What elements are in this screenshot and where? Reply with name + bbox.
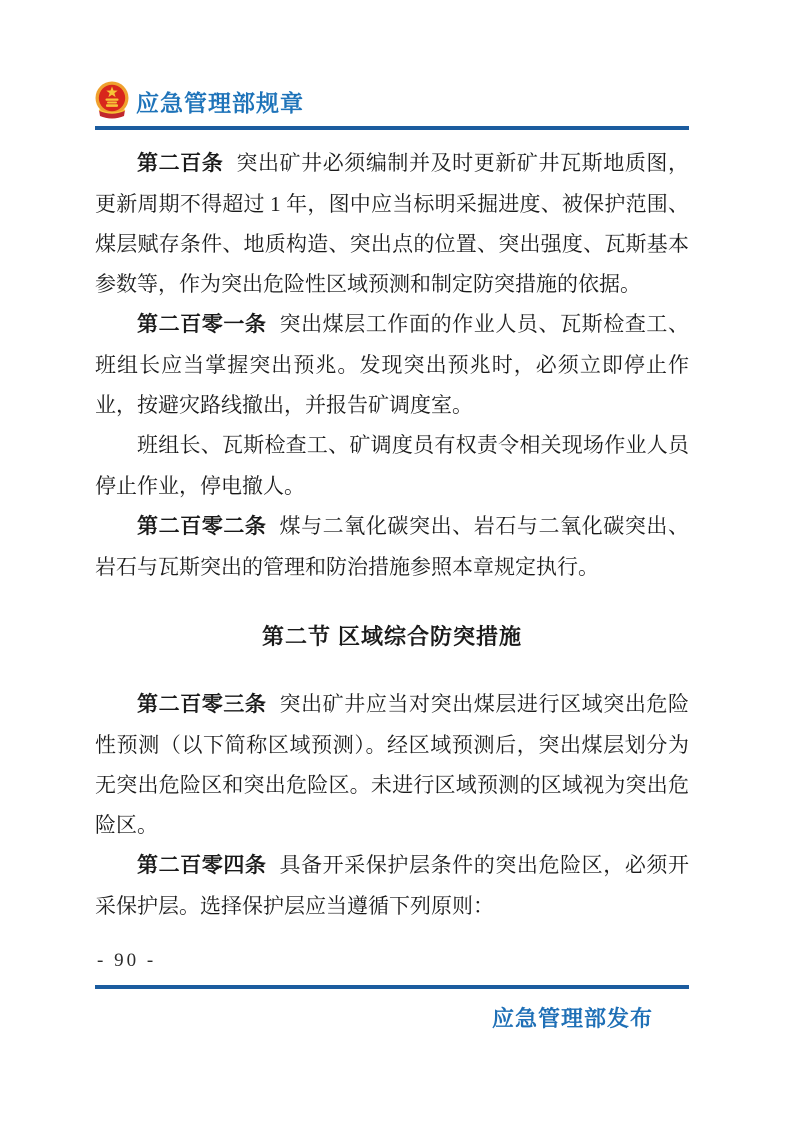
article-number: 第二百条	[137, 152, 223, 175]
article-paragraph: 第二百条突出矿井必须编制并及时更新矿井瓦斯地质图，更新周期不得超过 1 年，图中…	[95, 143, 689, 304]
document-category-title: 应急管理部规章	[136, 85, 304, 118]
page-number: - 90 -	[97, 950, 156, 972]
page-header: 应急管理部规章	[95, 79, 689, 123]
article-number: 第二百零一条	[137, 313, 267, 336]
article-paragraph: 第二百零二条煤与二氧化碳突出、岩石与二氧化碳突出、岩石与瓦斯突出的管理和防治措施…	[95, 506, 689, 587]
article-text: 班组长、瓦斯检查工、矿调度员有权责令相关现场作业人员停止作业，停电撤人。	[95, 433, 689, 498]
article-paragraph: 第二百零三条突出矿井应当对突出煤层进行区域突出危险性预测（以下简称区域预测）。经…	[95, 684, 689, 845]
footer-divider	[95, 985, 689, 989]
section-heading: 第二节 区域综合防突措施	[95, 617, 689, 657]
article-paragraph: 班组长、瓦斯检查工、矿调度员有权责令相关现场作业人员停止作业，停电撤人。	[95, 425, 689, 506]
header-divider	[95, 126, 689, 130]
document-page: 应急管理部规章 第二百条突出矿井必须编制并及时更新矿井瓦斯地质图，更新周期不得超…	[0, 0, 793, 1122]
article-number: 第二百零四条	[137, 854, 267, 877]
national-emblem-icon	[95, 80, 129, 122]
publisher-label: 应急管理部发布	[492, 1002, 653, 1033]
article-number: 第二百零二条	[137, 515, 267, 538]
article-number: 第二百零三条	[137, 693, 267, 716]
article-paragraph: 第二百零四条具备开采保护层条件的突出危险区，必须开采保护层。选择保护层应当遵循下…	[95, 845, 689, 926]
document-body: 第二百条突出矿井必须编制并及时更新矿井瓦斯地质图，更新周期不得超过 1 年，图中…	[95, 143, 689, 926]
article-paragraph: 第二百零一条突出煤层工作面的作业人员、瓦斯检查工、班组长应当掌握突出预兆。发现突…	[95, 304, 689, 425]
